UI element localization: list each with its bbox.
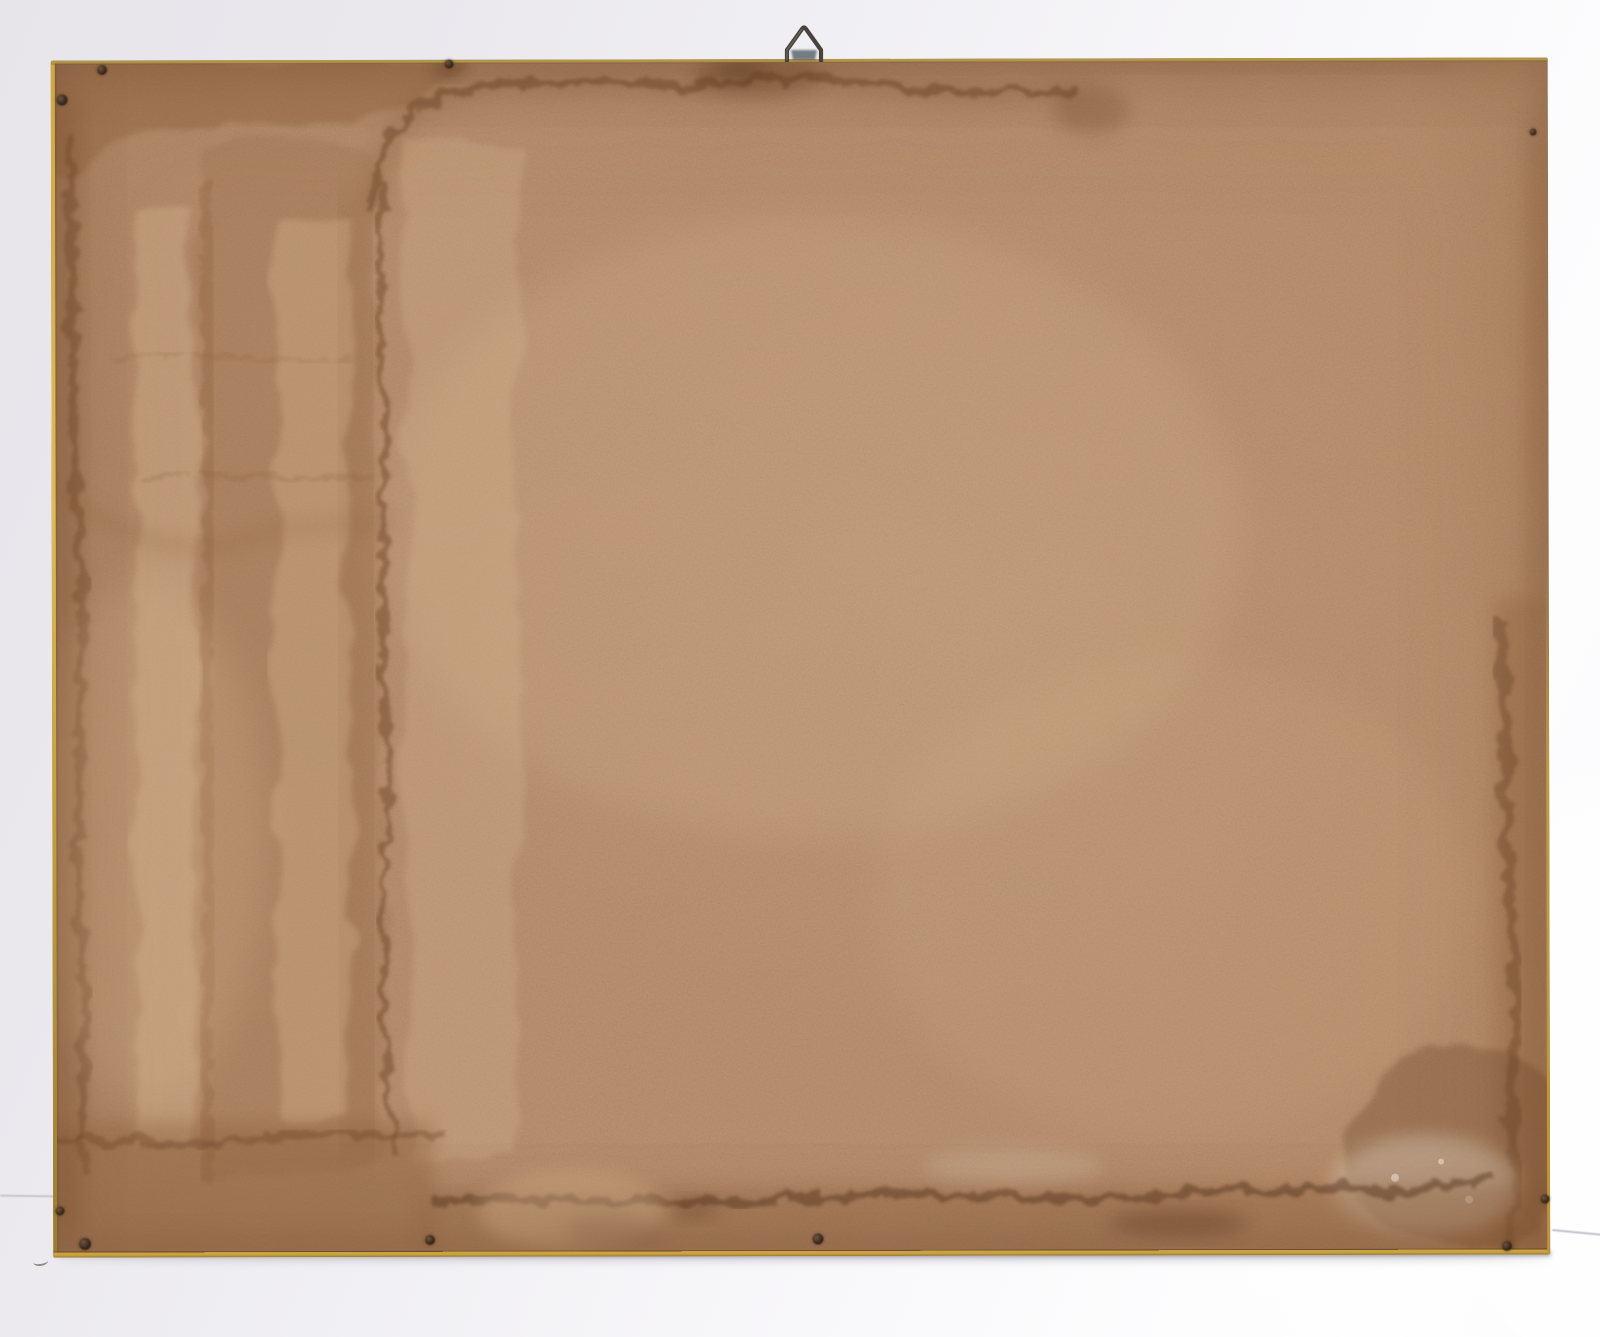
- scene-caption: Reverse side of a framed picture: tan ha…: [0, 0, 1, 1]
- backdrop-seam-left: [0, 1195, 54, 1198]
- hanging-ring: [778, 22, 830, 62]
- framed-artwork-back-panel: [51, 57, 1551, 1257]
- backdrop-seam-right: [1552, 1229, 1600, 1236]
- photo-backdrop: Reverse side of a framed picture: tan ha…: [0, 0, 1600, 1337]
- dust-speck: [32, 1256, 48, 1267]
- water-stain-overlay: [51, 57, 1551, 1257]
